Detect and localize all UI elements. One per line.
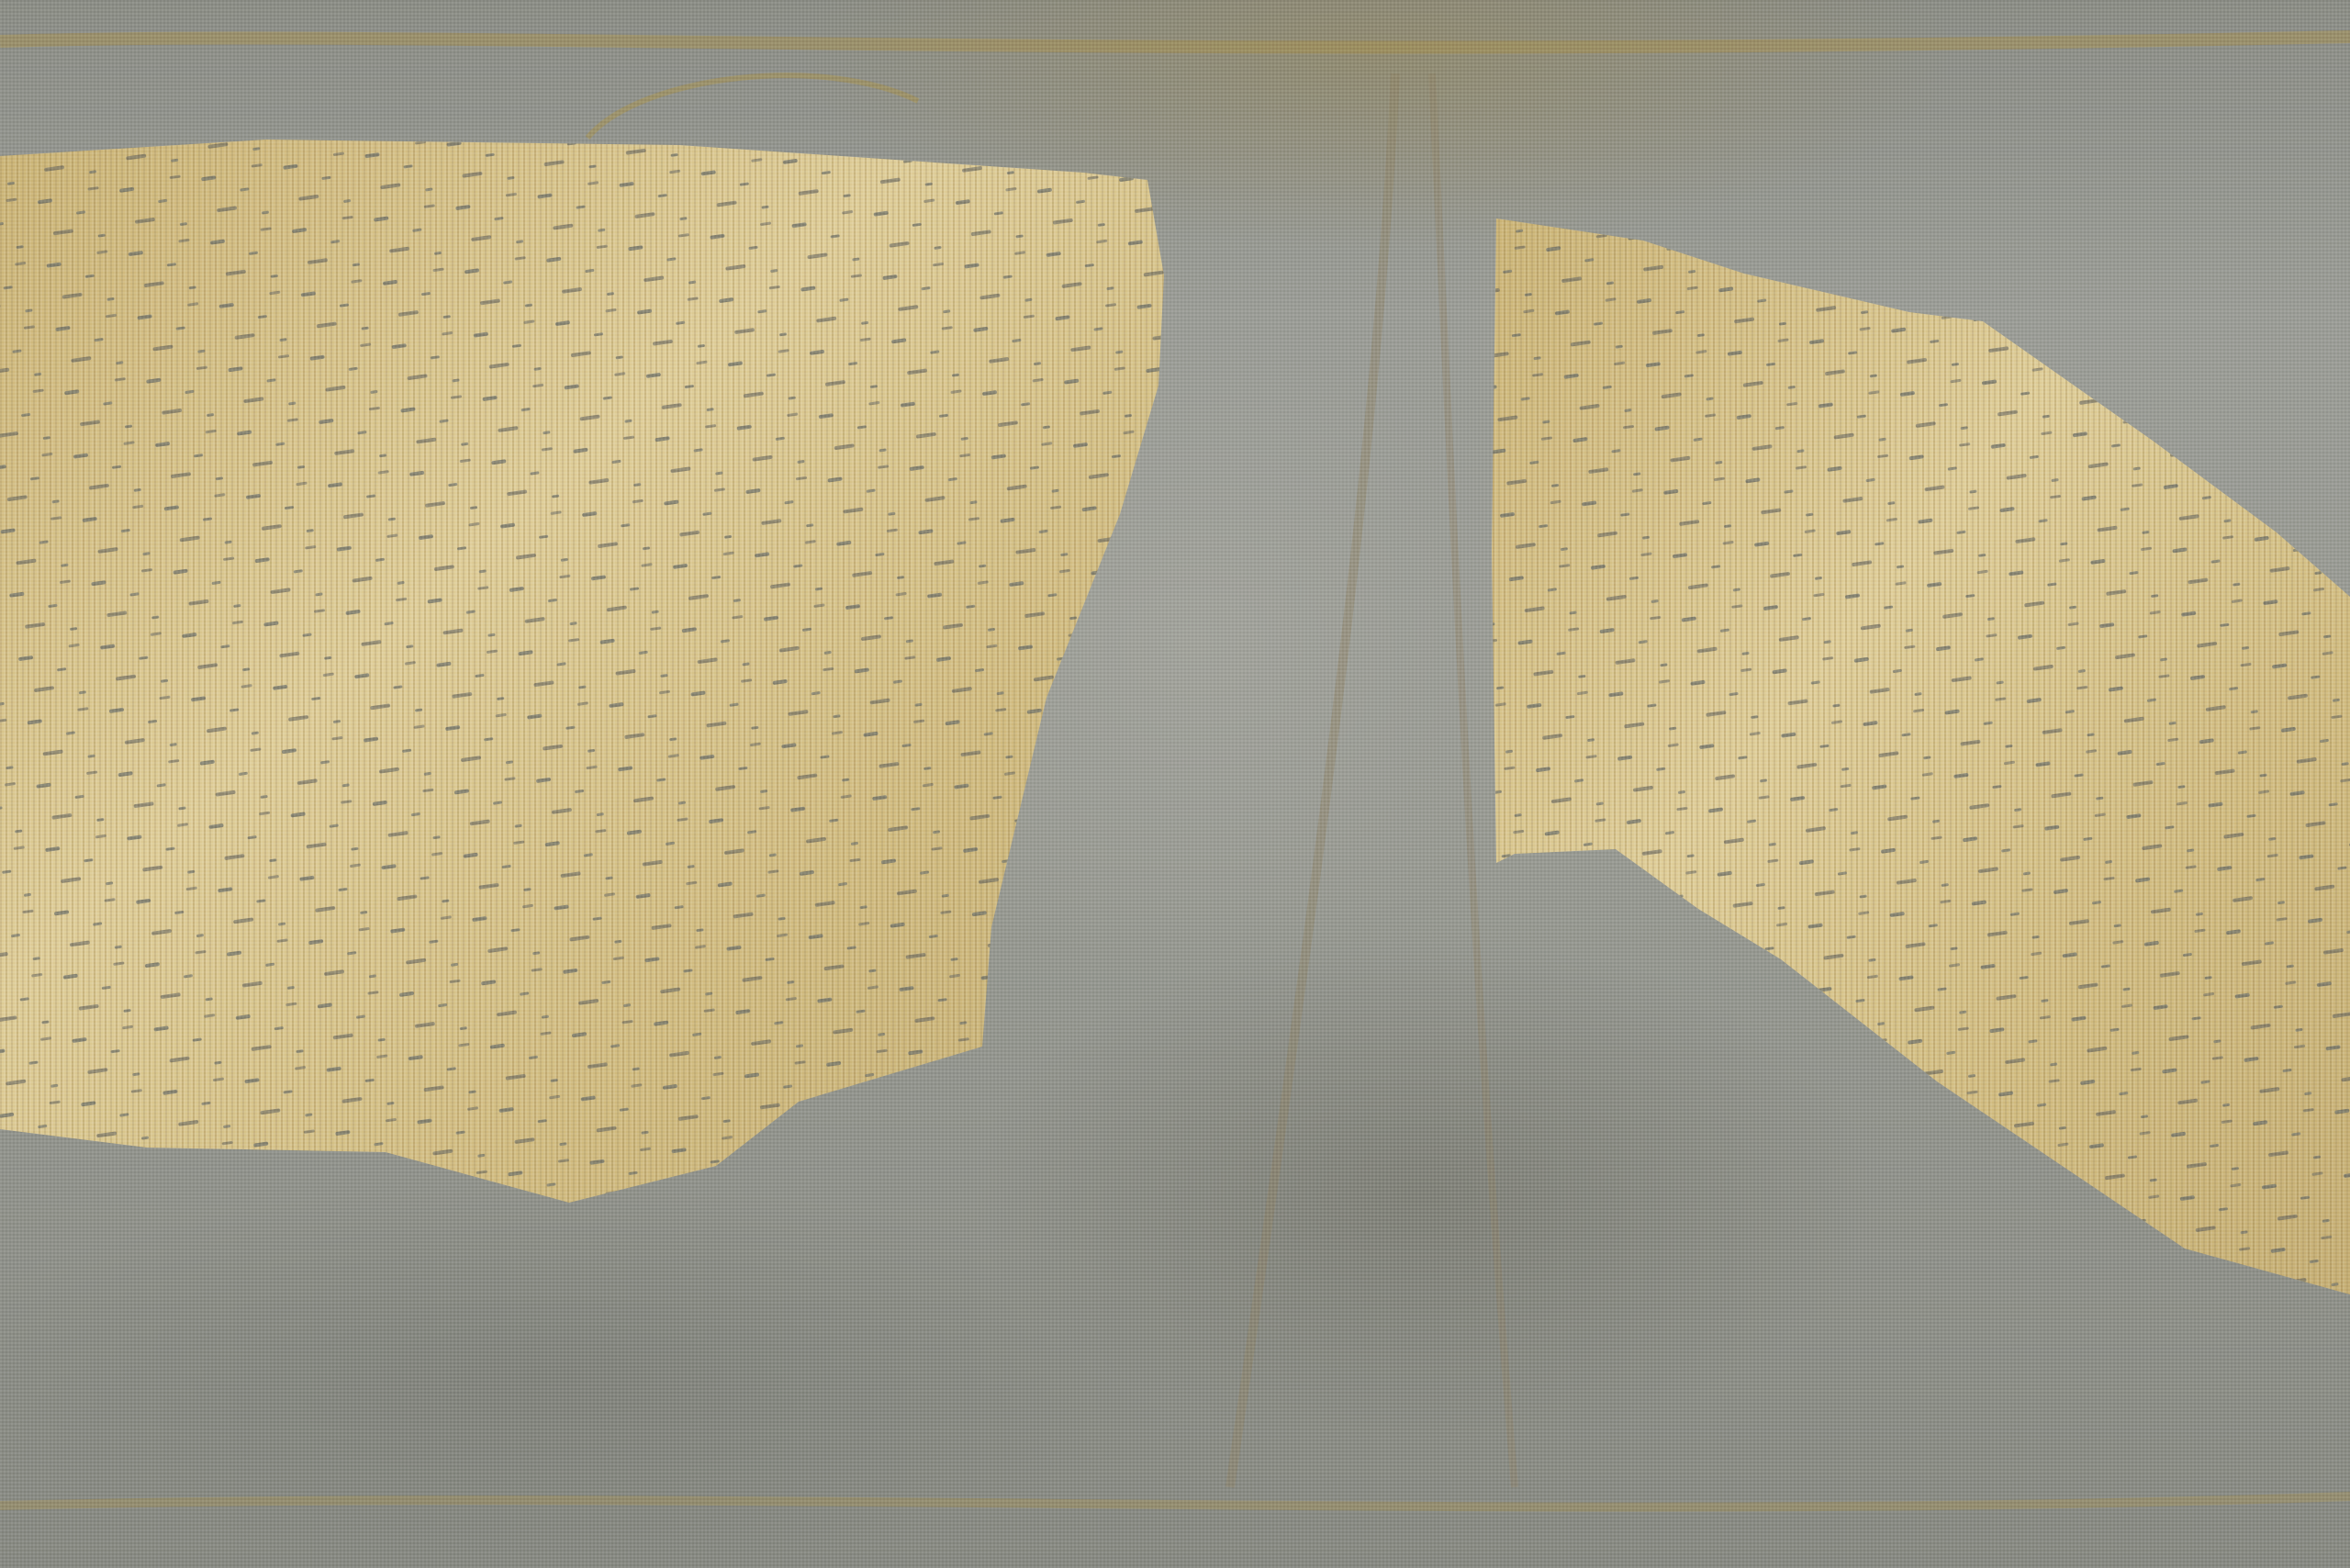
artwork <box>0 0 2350 1568</box>
canvas-weave-texture <box>0 0 2350 1568</box>
